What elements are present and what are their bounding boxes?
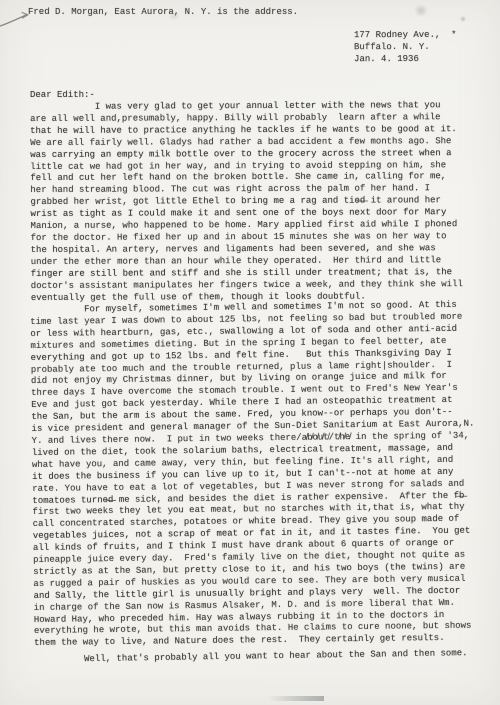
- scanned-letter-page: { "annotation": { "text": "Fred D. Morga…: [0, 0, 500, 705]
- paragraph-1: I was very glad to get your annual lette…: [30, 100, 463, 304]
- paragraph-2: For myself, sometimes I'm well and somet…: [30, 300, 477, 651]
- salutation: Dear Edith:-: [30, 90, 95, 102]
- letter-date: Jan. 4. 1936: [354, 53, 457, 65]
- letter-line: Well, that's probably all you want to he…: [30, 648, 468, 667]
- scan-smudge: [268, 696, 324, 701]
- closing-paragraph: Well, that's probably all you want to he…: [30, 648, 468, 667]
- scan-smudge: [460, 16, 466, 22]
- salutation-text: Dear Edith:-: [30, 90, 95, 102]
- letter-line: doctor's assistant manipulates her finge…: [31, 279, 463, 293]
- annotation-text: Fred D. Morgan, East Aurora, N. Y. is th…: [28, 7, 298, 19]
- scan-smudge: [414, 4, 428, 17]
- sender-address-block: 177 Rodney Ave., * Buffalo. N. Y. Jan. 4…: [354, 29, 457, 66]
- address-annotation: Fred D. Morgan, East Aurora, N. Y. is th…: [28, 7, 298, 19]
- address-street: 177 Rodney Ave., *: [354, 29, 457, 41]
- address-city: Buffalo. N. Y.: [354, 41, 457, 53]
